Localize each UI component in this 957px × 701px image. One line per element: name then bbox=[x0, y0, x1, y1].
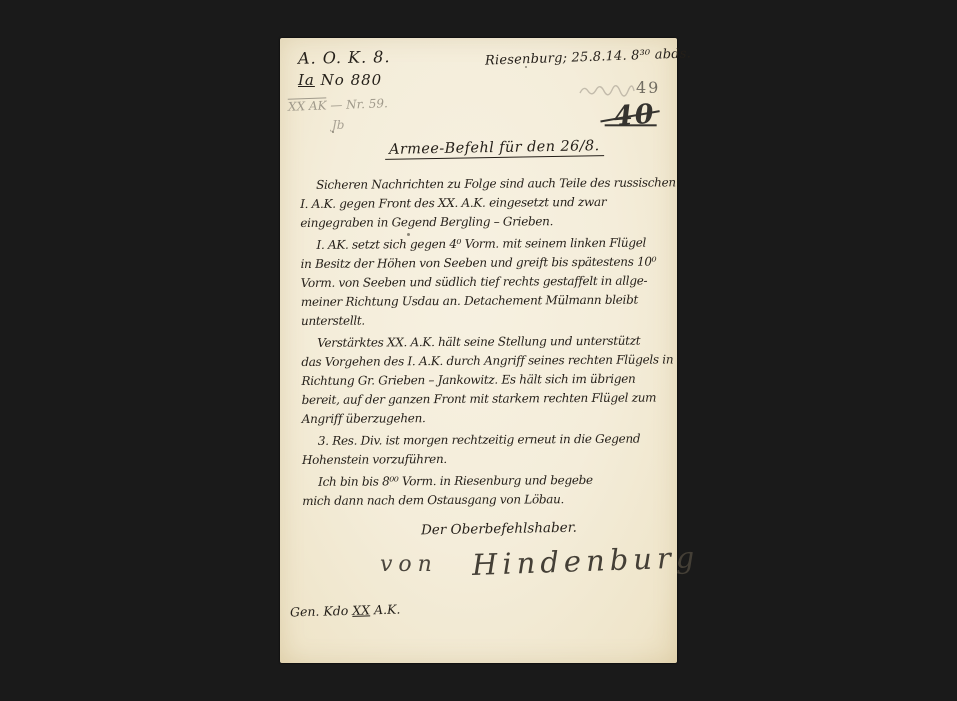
signature-role-line: Der Oberbefehlshaber. bbox=[280, 521, 677, 537]
text-line: Sicheren Nachrichten zu Folge sind auch … bbox=[300, 173, 666, 195]
file-reference-section: Ia bbox=[298, 71, 315, 89]
strike-line bbox=[605, 124, 657, 126]
unit-mark: A. O. K. 8. bbox=[298, 47, 391, 68]
body-paragraph-1: Sicheren Nachrichten zu Folge sind auch … bbox=[300, 173, 666, 233]
text-line: Verstärktes XX. A.K. hält seine Stellung… bbox=[301, 331, 667, 353]
distribution-note: Gen. Kdo XX A.K. bbox=[290, 602, 401, 620]
text-line: Vorm. von Seeben und südlich tief rechts… bbox=[301, 271, 667, 293]
text-line: bereit, auf der ganzen Front mit starkem… bbox=[302, 388, 668, 410]
text-line: I. AK. setzt sich gegen 4⁰ Vorm. mit sei… bbox=[300, 233, 666, 255]
document-title: Armee-Befehl für den 26/8. bbox=[280, 137, 677, 158]
text-line: mich dann nach dem Ostausgang von Löbau. bbox=[302, 489, 668, 511]
document-body: Sicheren Nachrichten zu Folge sind auch … bbox=[300, 173, 668, 514]
text-line: unterstellt. bbox=[301, 309, 667, 331]
body-paragraph-5: Ich bin bis 8⁰⁰ Vorm. in Riesenburg und … bbox=[302, 470, 668, 511]
text-line: Angriff überzugehen. bbox=[302, 407, 668, 429]
text-line: eingegraben in Gegend Bergling – Grieben… bbox=[300, 211, 666, 233]
paper-speck bbox=[407, 233, 410, 236]
distribution-prefix: Gen. Kdo bbox=[290, 603, 353, 620]
archive-page-number: 49 bbox=[636, 78, 660, 97]
document-page: A. O. K. 8. Ia No 880 XX AK — Nr. 59. Jb… bbox=[280, 38, 677, 663]
text-line: I. A.K. gegen Front des XX. A.K. eingese… bbox=[300, 192, 666, 214]
distribution-suffix: A.K. bbox=[370, 602, 401, 618]
body-paragraph-3: Verstärktes XX. A.K. hält seine Stellung… bbox=[301, 331, 668, 429]
hindenburg-signature: von Hindenburg bbox=[380, 544, 699, 578]
body-paragraph-2: I. AK. setzt sich gegen 4⁰ Vorm. mit sei… bbox=[300, 233, 667, 331]
signature-von: von bbox=[380, 552, 438, 577]
text-line: das Vorgehen des I. A.K. durch Angriff s… bbox=[301, 350, 667, 372]
text-line: meiner Richtung Usdau an. Detachement Mü… bbox=[301, 290, 667, 312]
paper-speck bbox=[332, 131, 334, 133]
text-line: 3. Res. Div. ist morgen rechtzeitig erne… bbox=[302, 429, 668, 451]
place-dateline: Riesenburg; 25.8.14. 8³⁰ abds. bbox=[485, 46, 691, 68]
pencil-scribble-mark bbox=[578, 82, 636, 98]
file-reference-number: No 880 bbox=[315, 71, 382, 89]
signature-name: Hindenburg bbox=[471, 540, 699, 582]
pencil-annotation-corps: XX AK — Nr. 59. bbox=[288, 96, 388, 113]
text-line: in Besitz der Höhen von Seeben und greif… bbox=[301, 252, 667, 274]
text-line: Hohenstein vorzuführen. bbox=[302, 448, 668, 470]
pencil-annotation-corps-unit: XX AK bbox=[288, 98, 327, 113]
paper-speck bbox=[525, 66, 527, 68]
text-line: Ich bin bis 8⁰⁰ Vorm. in Riesenburg und … bbox=[302, 470, 668, 492]
body-paragraph-4: 3. Res. Div. ist morgen rechtzeitig erne… bbox=[302, 429, 668, 470]
pencil-annotation-corps-number: — Nr. 59. bbox=[326, 96, 388, 112]
file-reference: Ia No 880 bbox=[298, 71, 382, 89]
scan-background: A. O. K. 8. Ia No 880 XX AK — Nr. 59. Jb… bbox=[0, 0, 957, 701]
pencil-initials: Jb bbox=[332, 118, 345, 132]
crossed-out-number: 40 bbox=[613, 99, 657, 133]
distribution-unit: XX bbox=[352, 602, 370, 617]
text-line: Richtung Gr. Grieben – Jankowitz. Es häl… bbox=[301, 369, 667, 391]
